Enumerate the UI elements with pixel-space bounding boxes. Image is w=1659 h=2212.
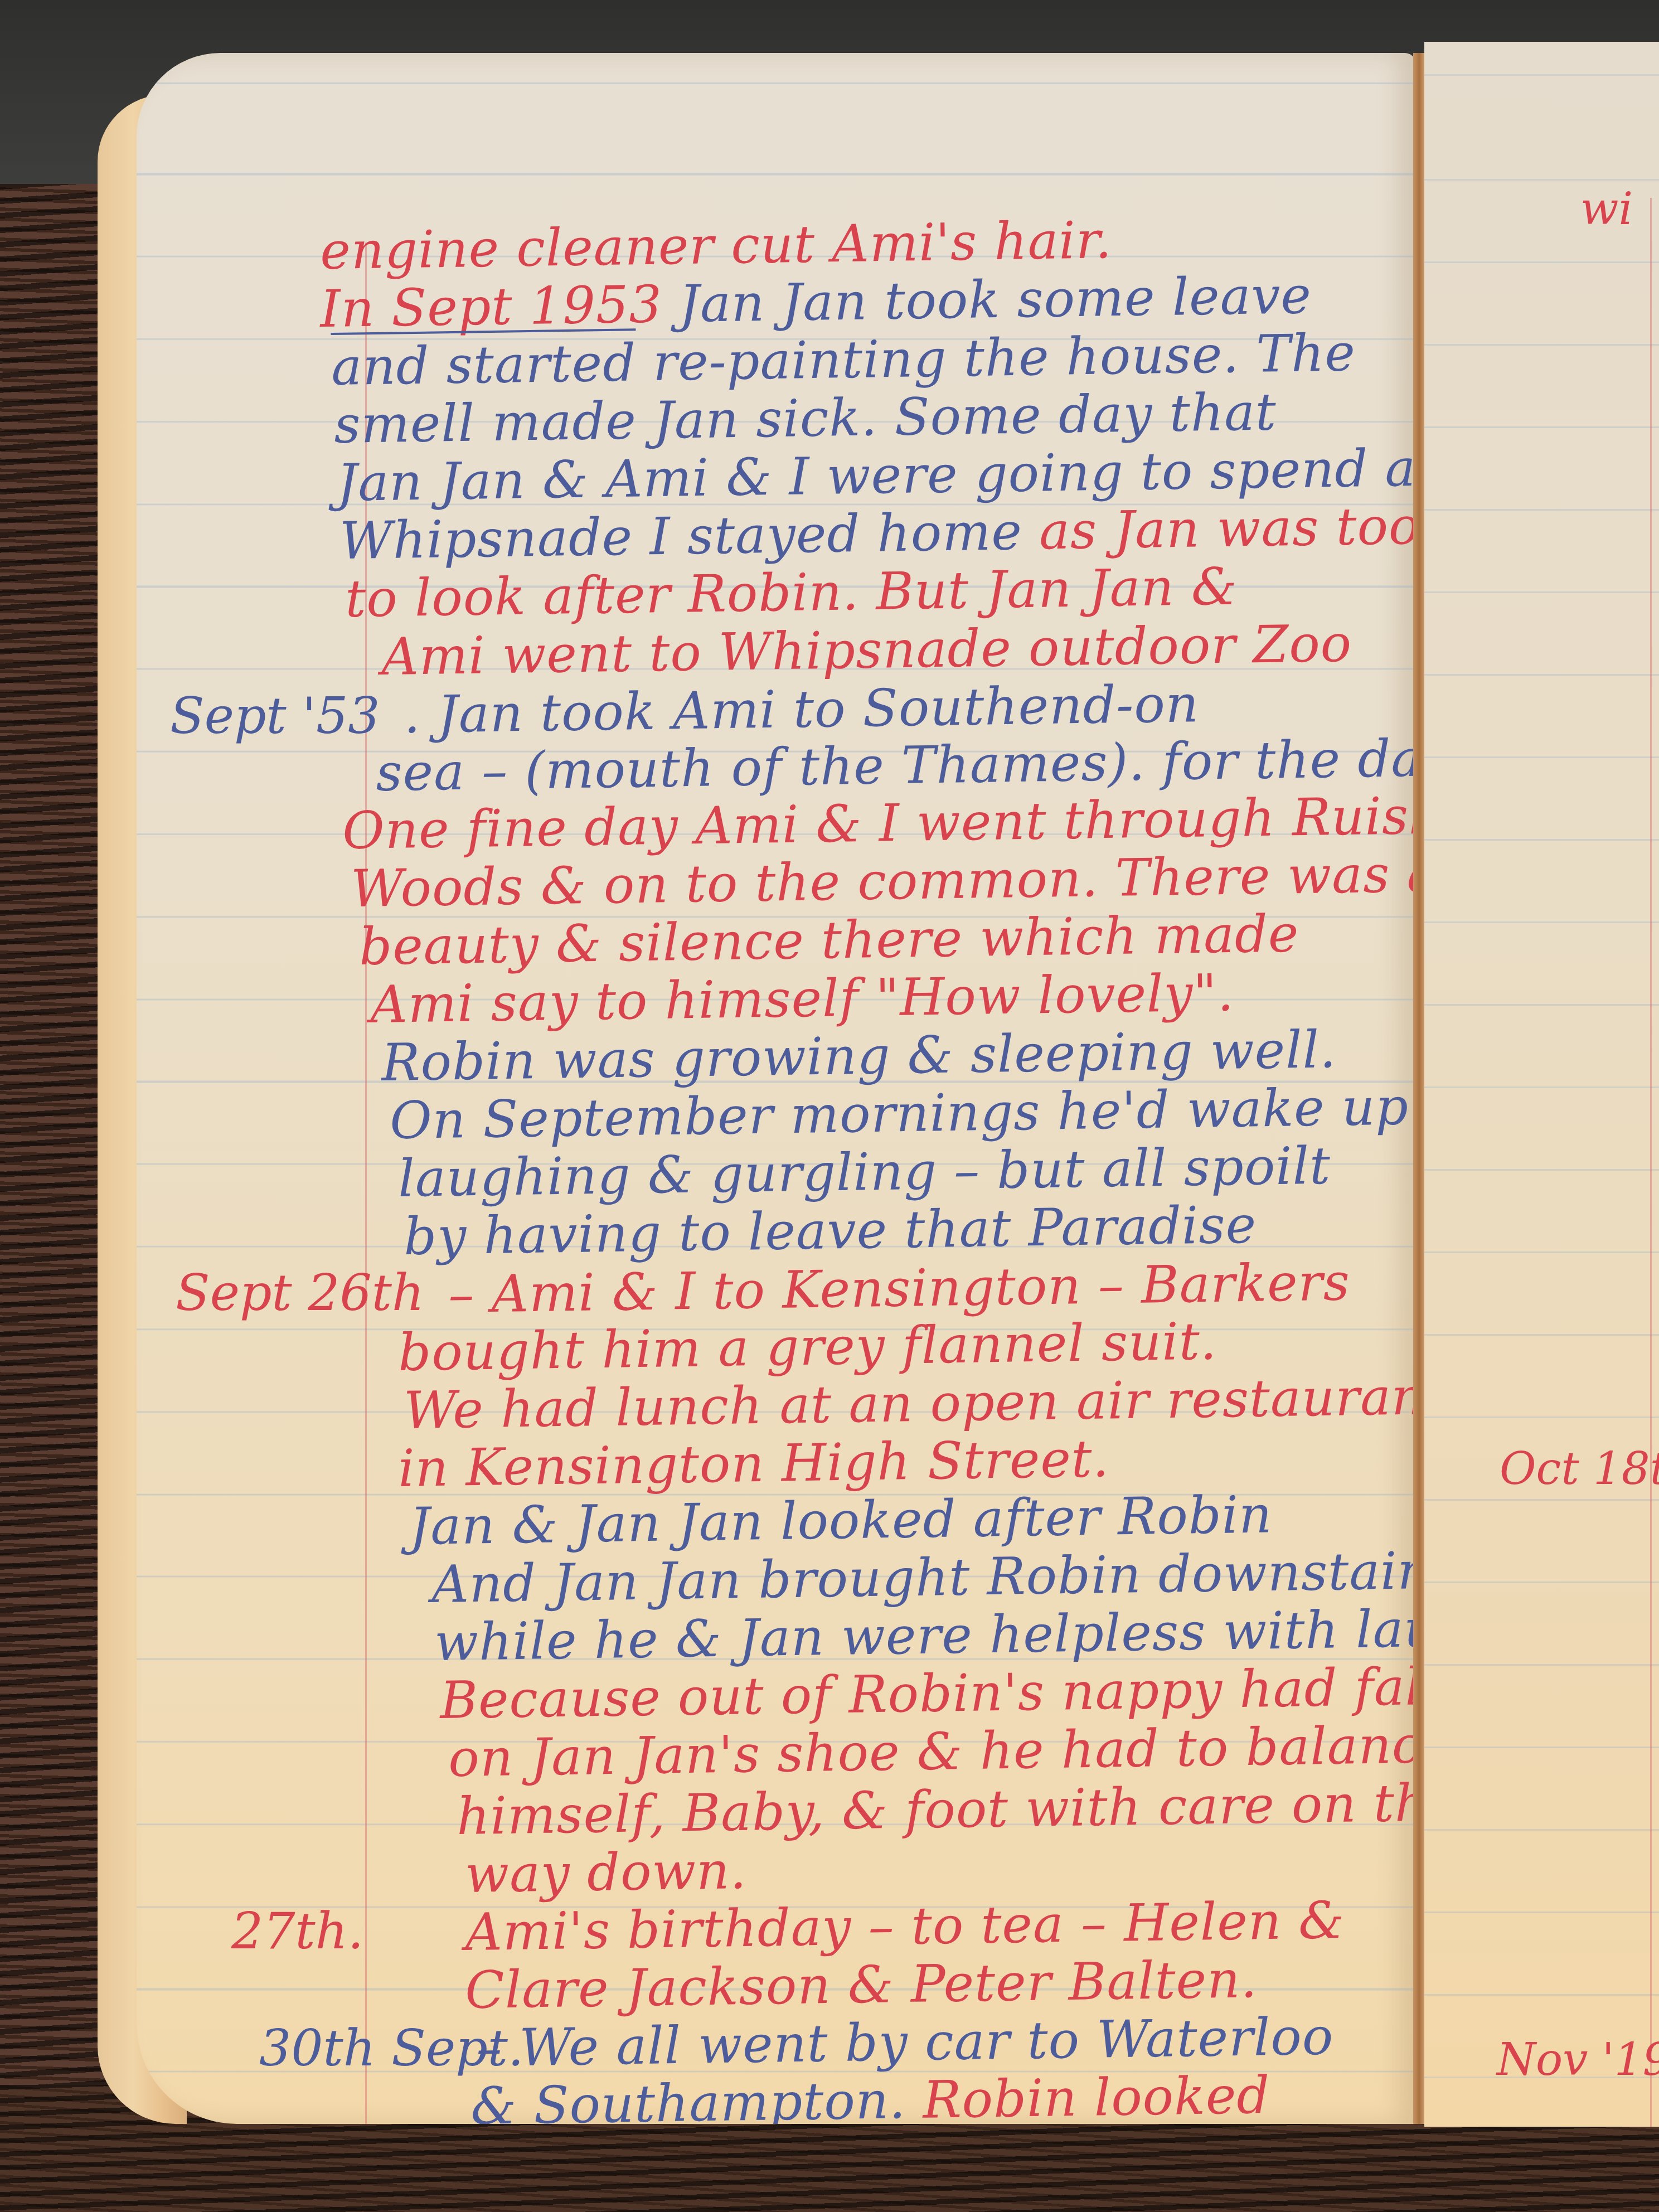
ink-segment-red: Robin looked xyxy=(923,2065,1270,2124)
ink-segment-red: as Jan was too ill xyxy=(1039,495,1416,561)
diary-line: by having to leave that Paradise xyxy=(404,1200,1257,1263)
diary-line: & Southampton. Robin looked xyxy=(470,2070,1270,2124)
diary-line: laughing & gurgling – but all spoilt xyxy=(398,1141,1331,1205)
diary-line: Ami say to himself "How lovely". xyxy=(370,967,1235,1031)
diary-line: Robin was growing & sleeping well. xyxy=(381,1024,1337,1089)
ink-segment-blue: & Southampton. xyxy=(470,2070,924,2124)
book-gutter xyxy=(1413,53,1425,2124)
ruled-lines-right xyxy=(1424,42,1659,2127)
diary-line: Ami went to Whipsnade outdoor Zoo xyxy=(381,618,1352,683)
right-date-oct: Oct 18th – xyxy=(1500,1447,1659,1491)
diary-right-page: wi Oct 18th – Nov '195 xyxy=(1424,42,1659,2127)
diary-line: – We all went by car to Waterloo xyxy=(476,2011,1334,2074)
right-date-nov: Nov '195 xyxy=(1497,2038,1659,2082)
diary-line: Ami's birthday – to tea – Helen & xyxy=(465,1895,1345,1958)
diary-line: on Jan Jan's shoe & he had to balance xyxy=(448,1719,1416,1784)
margin-date: 27th. xyxy=(231,1907,363,1957)
margin-date: Sept '53 xyxy=(170,691,380,741)
diary-line: . Jan took Ami to Southend-on xyxy=(404,678,1200,741)
diary-line: beauty & silence there which made xyxy=(359,908,1299,973)
diary-line: in Kensington High Street. xyxy=(398,1433,1110,1495)
diary-line: Because out of Robin's nappy had fallen xyxy=(440,1660,1416,1726)
diary-line: bought him a grey flannel suit. xyxy=(398,1316,1217,1379)
diary-line: engine cleaner cut Ami's hair. xyxy=(320,215,1113,277)
diary-line: himself, Baby, & foot with care on the xyxy=(457,1777,1416,1842)
diary-line: Whipsnade I stayed home as Jan was too i… xyxy=(339,499,1416,567)
margin-line-right xyxy=(1650,198,1652,2127)
margin-date: 30th Sept. xyxy=(259,2024,524,2074)
diary-left-page: engine cleaner cut Ami's hair.In Sept 19… xyxy=(137,53,1416,2124)
diary-line: We had lunch at an open air restaurant xyxy=(404,1371,1416,1437)
diary-line: way down. xyxy=(465,1845,748,1900)
ink-segment-red: way down. xyxy=(465,1841,748,1904)
diary-line: smell made Jan sick. Some day that xyxy=(334,386,1277,451)
diary-line: Clare Jackson & Peter Balten. xyxy=(465,1954,1258,2016)
margin-date: Sept 26th xyxy=(176,1268,424,1318)
ink-segment-blue: Jan Jan took some leave xyxy=(662,265,1312,334)
diary-line: to look after Robin. But Jan Jan & xyxy=(345,561,1238,625)
diary-line: while he & Jan were helpless with laught… xyxy=(434,1601,1416,1668)
ink-segment-blue: and started xyxy=(331,328,636,397)
right-fragment-top: wi xyxy=(1580,187,1633,231)
diary-line: Jan & Jan Jan looked after Robin xyxy=(409,1489,1273,1553)
